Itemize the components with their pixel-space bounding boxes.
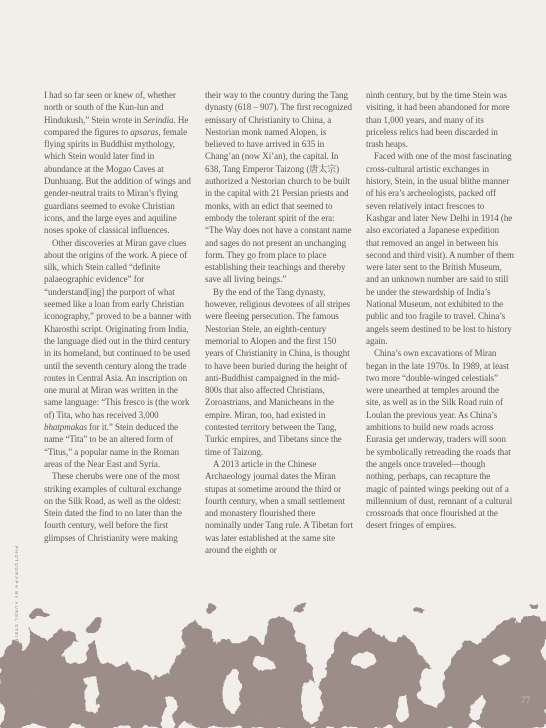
text-column: ninth century, but by the time Stein was…	[366, 89, 514, 556]
paragraph: China’s own excavations of Miran began i…	[366, 347, 514, 531]
paragraph: These cherubs were one of the most strik…	[44, 470, 192, 544]
paragraph: Other discoveries at Miran gave clues ab…	[44, 237, 192, 471]
paragraph: A 2013 article in the Chinese Archaeolog…	[205, 458, 353, 556]
magazine-page: Photograph by Aurel Stein I had so far s…	[0, 0, 546, 728]
text-columns: I had so far seen or knew of, whether no…	[44, 89, 514, 556]
text-column: their way to the country during the Tang…	[205, 89, 353, 556]
text-column: I had so far seen or knew of, whether no…	[44, 89, 192, 556]
artwork-grit-lower	[0, 638, 546, 728]
page-number: 77	[521, 696, 531, 706]
paragraph: I had so far seen or knew of, whether no…	[44, 89, 192, 237]
paragraph: ninth century, but by the time Stein was…	[366, 89, 514, 150]
paragraph: Faced with one of the most fascinating c…	[366, 150, 514, 347]
paragraph: By the end of the Tang dynasty, however,…	[205, 286, 353, 458]
expedition-photo-artwork	[0, 592, 546, 728]
paragraph: their way to the country during the Tang…	[205, 89, 353, 286]
